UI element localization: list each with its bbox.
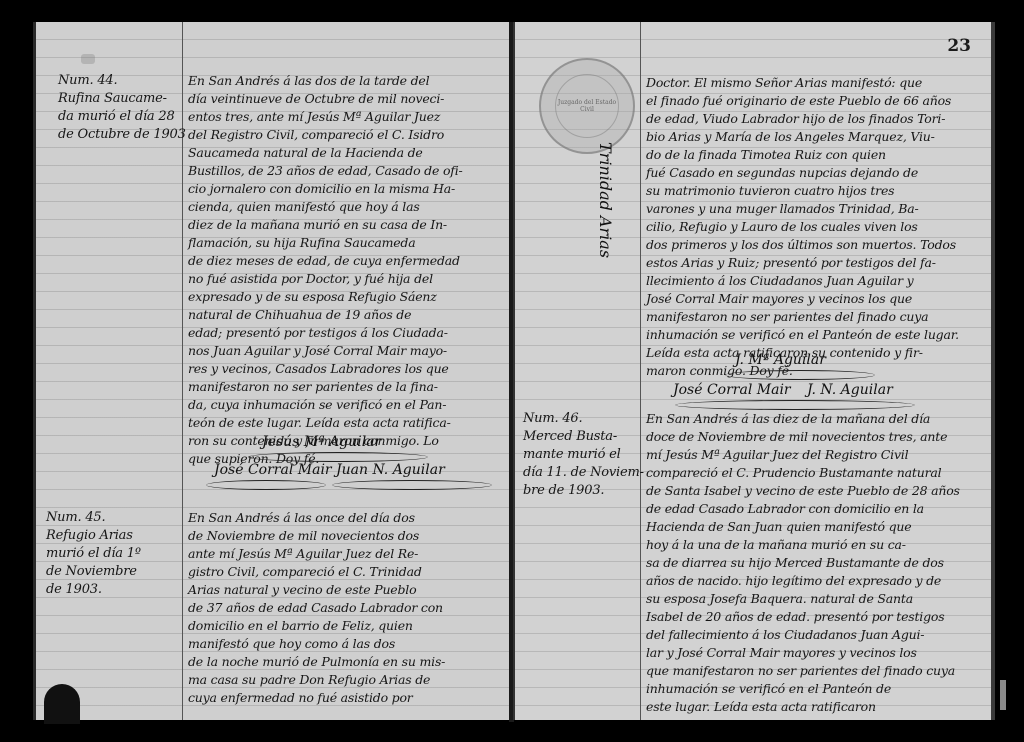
signature-flourish (248, 452, 428, 462)
entry-45-continuation: Doctor. El mismo Señor Arias manifestó: … (646, 74, 986, 380)
entry-46-margin-note: Num. 46. Merced Busta- mante murió el dí… (523, 410, 663, 500)
seal-text: Juzgado del Estado Civil (555, 74, 619, 138)
scanner-thumb-shadow (44, 684, 80, 724)
page-number: 23 (947, 36, 971, 56)
entry-45-body: En San Andrés á las once del día dos de … (188, 509, 508, 707)
judge-signature: J. Mª Aguilar (735, 352, 826, 368)
right-ledger-page: 23 Juzgado del Estado Civil Trinidad Ari… (513, 22, 995, 720)
entry-44-body: En San Andrés á las dos de la tarde del … (188, 72, 508, 468)
page-stain (81, 54, 95, 64)
signature-flourish (206, 480, 326, 490)
entry-45-margin-note: Num. 45. Refugio Arias murió el día 1º d… (46, 509, 186, 599)
witness-1-signature: José Corral Mair (214, 462, 332, 478)
vertical-signature: Trinidad Arias (596, 142, 615, 258)
entry-46-body: En San Andrés á las diez de la mañana de… (646, 410, 986, 716)
entry-44-margin-note: Num. 44. Rufina Saucame- da murió el día… (58, 72, 198, 144)
signature-flourish (725, 370, 875, 380)
left-ledger-page: Num. 44. Rufina Saucame- da murió el día… (33, 22, 511, 720)
witness-2-signature: J. N. Aguilar (807, 382, 893, 398)
margin-rule (640, 22, 641, 720)
signature-flourish (332, 480, 492, 490)
signature-flourish (675, 400, 915, 410)
judge-signature: Jesús Mª Aguilar (262, 434, 381, 450)
witness-2-signature: Juan N. Aguilar (336, 462, 445, 478)
witness-1-signature: José Corral Mair (673, 382, 791, 398)
official-seal: Juzgado del Estado Civil (539, 58, 635, 154)
page-edge-tab (1000, 680, 1006, 710)
